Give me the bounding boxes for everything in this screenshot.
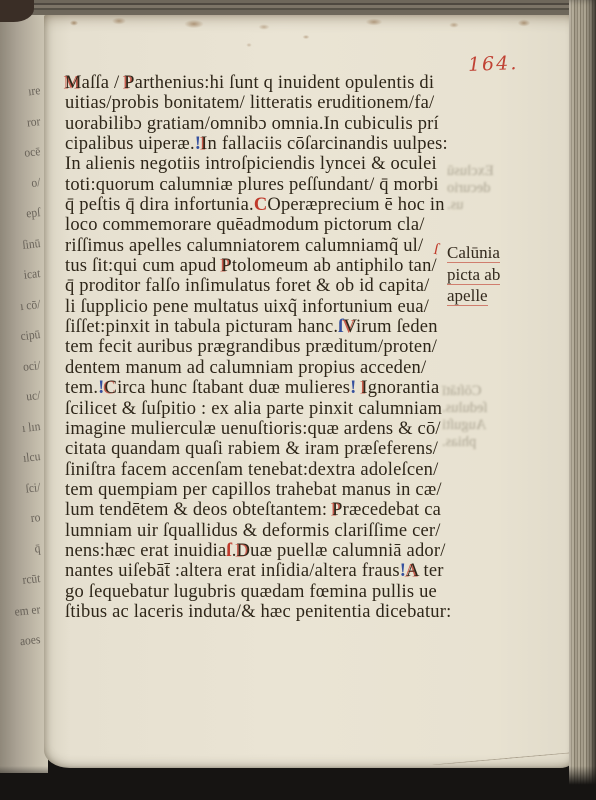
facing-page-text-fragment: ſci/ — [3, 480, 41, 499]
showthrough-line: Cōſtātī — [442, 383, 522, 400]
text-line: dentem manum ad calumniam propius accede… — [65, 358, 517, 378]
facing-page-text-fragment: ror — [3, 114, 41, 133]
rubricated-capital: P — [221, 256, 232, 276]
margin-note: ſ Calūniapicta abapelle — [447, 242, 500, 307]
facing-page-text-fragment: o/ — [3, 175, 41, 194]
text-segment: ræcedebat ca — [343, 500, 441, 520]
text-line: ſiſſet:pinxit in tabula picturam hanc.ſV… — [65, 317, 517, 337]
rubricated-capital: P — [332, 500, 343, 520]
text-line: uorabilibɔ gratiam/omnibɔ omnia.In cubic… — [65, 114, 517, 134]
facing-page-text-fragment: icat — [3, 266, 41, 285]
text-segment: q̄ proditor falſo inſimulatus foret & ob… — [65, 276, 430, 296]
text-segment: lumniam uir ſquallidus & deformis clariſ… — [65, 521, 441, 541]
facing-page-text-fragment: oci/ — [3, 358, 41, 377]
text-segment: toti:quorum calumniæ plures peſſundant/ … — [65, 175, 439, 195]
book-photograph: ırerorocēo/epſſinūicatı cō/cipūoci/uc/ı … — [0, 0, 596, 800]
margin-note-line: Calūnia — [447, 242, 500, 264]
text-segment: ſiſſet:pinxit in tabula picturam hanc. — [65, 317, 338, 337]
rubricated-capital: V — [344, 317, 356, 337]
facing-page-text-fragment: ı lın — [3, 419, 41, 438]
text-segment: irca hunc ſtabant duæ mulieres — [117, 378, 350, 398]
text-segment: tem. — [65, 378, 98, 398]
text-segment: dentem manum ad calumniam propius accede… — [65, 358, 426, 378]
text-segment: ſiniſtra facem accenſam tenebat:dextra a… — [65, 460, 438, 480]
margin-note-line: picta ab — [447, 264, 500, 286]
text-segment: uæ puellæ calumniā ador/ — [250, 541, 445, 561]
text-line: nantes uiſebāt̄ :altera erat inſidia/alt… — [65, 561, 517, 581]
text-segment: uorabilibɔ gratiam/omnibɔ omnia.In cubic… — [65, 114, 439, 134]
text-segment: q̄ peſtis q̄ dira infortunia. — [65, 195, 254, 215]
facing-page-text-fragment: rcūt — [3, 571, 41, 590]
showthrough-line: decurio — [447, 180, 527, 197]
text-segment: tem fecit auribus prægrandibus præditum/… — [65, 337, 437, 357]
text-segment: ſcilicet & ſuſpitio : ex alia parte pinx… — [65, 399, 442, 419]
text-line: tem fecit auribus prægrandibus præditum/… — [65, 337, 517, 357]
facing-page-text-fragment: uc/ — [3, 388, 41, 407]
background-shadow — [0, 766, 596, 800]
text-segment: imagine mulierculæ uenuſtioris:quæ arden… — [65, 419, 441, 439]
facing-page-text-fragment: ı cō/ — [3, 297, 41, 316]
showthrough-line: Auguſti — [442, 417, 522, 434]
text-segment: tem quempiam per capillos trahebat manus… — [65, 480, 442, 500]
facing-page-text-fragment: ocē — [3, 144, 41, 163]
facing-page-text-fragment: ılcu — [3, 449, 41, 468]
text-segment: ter — [419, 561, 444, 581]
text-segment: loco commemorare quēadmodum pictorum cla… — [65, 215, 425, 235]
showthrough-note-2: Cōſtātīſedulus.Auguſtiphias. — [442, 383, 522, 451]
red-capitulum-mark: C — [254, 195, 268, 215]
text-line: Maſſa / Parthenius:hi ſunt q inuident op… — [65, 73, 517, 93]
text-segment: lum tendētem & deos obteſtantem: — [65, 500, 332, 520]
facing-page-text-fragment: ro — [3, 510, 41, 529]
text-line: go ſequebatur lugubris quædam fœmina pul… — [65, 582, 517, 602]
text-segment: cipalibus uiperæ. — [65, 134, 195, 154]
text-segment: arthenius:hi ſunt q inuident opulentis d… — [135, 73, 435, 93]
rubricated-capital: P — [124, 73, 135, 93]
text-line: lum tendētem & deos obteſtantem: Præcede… — [65, 500, 517, 520]
facing-page-text-fragment: em er — [3, 602, 41, 621]
text-segment: riſſimus apelles calumniatorem calumniam… — [65, 236, 423, 256]
showthrough-line: ſedulus. — [442, 400, 522, 417]
text-segment: citata quandam quaſi rabiem & iram præſe… — [65, 439, 438, 459]
text-line: ſtibus ac laceris induta/& hæc penitenti… — [65, 602, 517, 622]
text-line: nens:hæc erat inuidiaſ.Duæ puellæ calumn… — [65, 541, 517, 561]
text-segment: ſtibus ac laceris induta/& hæc penitenti… — [65, 602, 451, 622]
main-text-block: Maſſa / Parthenius:hi ſunt q inuident op… — [65, 73, 517, 622]
facing-page-text-fragment: aoes — [3, 632, 41, 651]
text-line: uitias/probis bonitatem/ litteratis erud… — [65, 93, 517, 113]
text-segment: tus ſit:qui cum apud — [65, 256, 221, 276]
rubricated-capital: C — [105, 378, 118, 398]
text-line: cipalibus uiperæ.!In fallaciis cōſarcina… — [65, 134, 517, 154]
facing-page-text-fragment: epſ — [3, 205, 41, 224]
text-segment: gnorantia — [368, 378, 440, 398]
showthrough-note-1: Exclusūdecurious. — [447, 163, 527, 214]
text-segment: tolomeum ab antiphilo tan/ — [232, 256, 437, 276]
text-line: lumniam uir ſquallidus & deformis clariſ… — [65, 521, 517, 541]
fore-edge-page-stack — [569, 0, 596, 800]
facing-page-text-fragment: ſinū — [3, 236, 41, 255]
facing-page-text-fragment: cipū — [3, 327, 41, 346]
facing-page-text-fragment: ıre — [3, 83, 41, 102]
showthrough-line: us. — [447, 197, 527, 214]
text-segment: aſſa / — [82, 73, 125, 93]
text-segment: nens:hæc erat inuidia — [65, 541, 226, 561]
facing-page-text-fragment: q̄ — [3, 541, 41, 560]
text-segment: nantes uiſebāt̄ :altera erat inſidia/alt… — [65, 561, 400, 581]
text-segment: go ſequebatur lugubris quædam fœmina pul… — [65, 582, 437, 602]
text-line: loco commemorare quēadmodum pictorum cla… — [65, 215, 517, 235]
text-segment: li ſupplicio pene multatus uixq̃ infortu… — [65, 297, 429, 317]
text-line: ſiniſtra facem accenſam tenebat:dextra a… — [65, 460, 517, 480]
margin-note-line: apelle — [447, 285, 500, 307]
text-line: tem quempiam per capillos trahebat manus… — [65, 480, 517, 500]
text-segment: irum ſeden — [356, 317, 438, 337]
showthrough-line: phias. — [442, 434, 522, 451]
blue-paragraph-mark: ! — [350, 378, 356, 398]
rubricated-capital: M — [65, 73, 82, 93]
book-top-page-edges — [0, 0, 596, 15]
rubricated-capital: D — [237, 541, 251, 561]
rubricated-capital: A — [406, 561, 419, 581]
facing-page-gutter: ırerorocēo/epſſinūicatı cō/cipūoci/uc/ı … — [0, 13, 48, 773]
text-segment: n fallaciis cōſarcinandis uulpes: — [208, 134, 448, 154]
text-segment: In alienis negotiis introſpiciendis lync… — [65, 154, 437, 174]
book-page: 164. Maſſa / Parthenius:hi ſunt q inuide… — [44, 15, 574, 768]
text-segment: Operæprecium ē hoc in — [267, 195, 444, 215]
showthrough-line: Exclusū — [447, 163, 527, 180]
text-segment: uitias/probis bonitatem/ litteratis erud… — [65, 93, 434, 113]
